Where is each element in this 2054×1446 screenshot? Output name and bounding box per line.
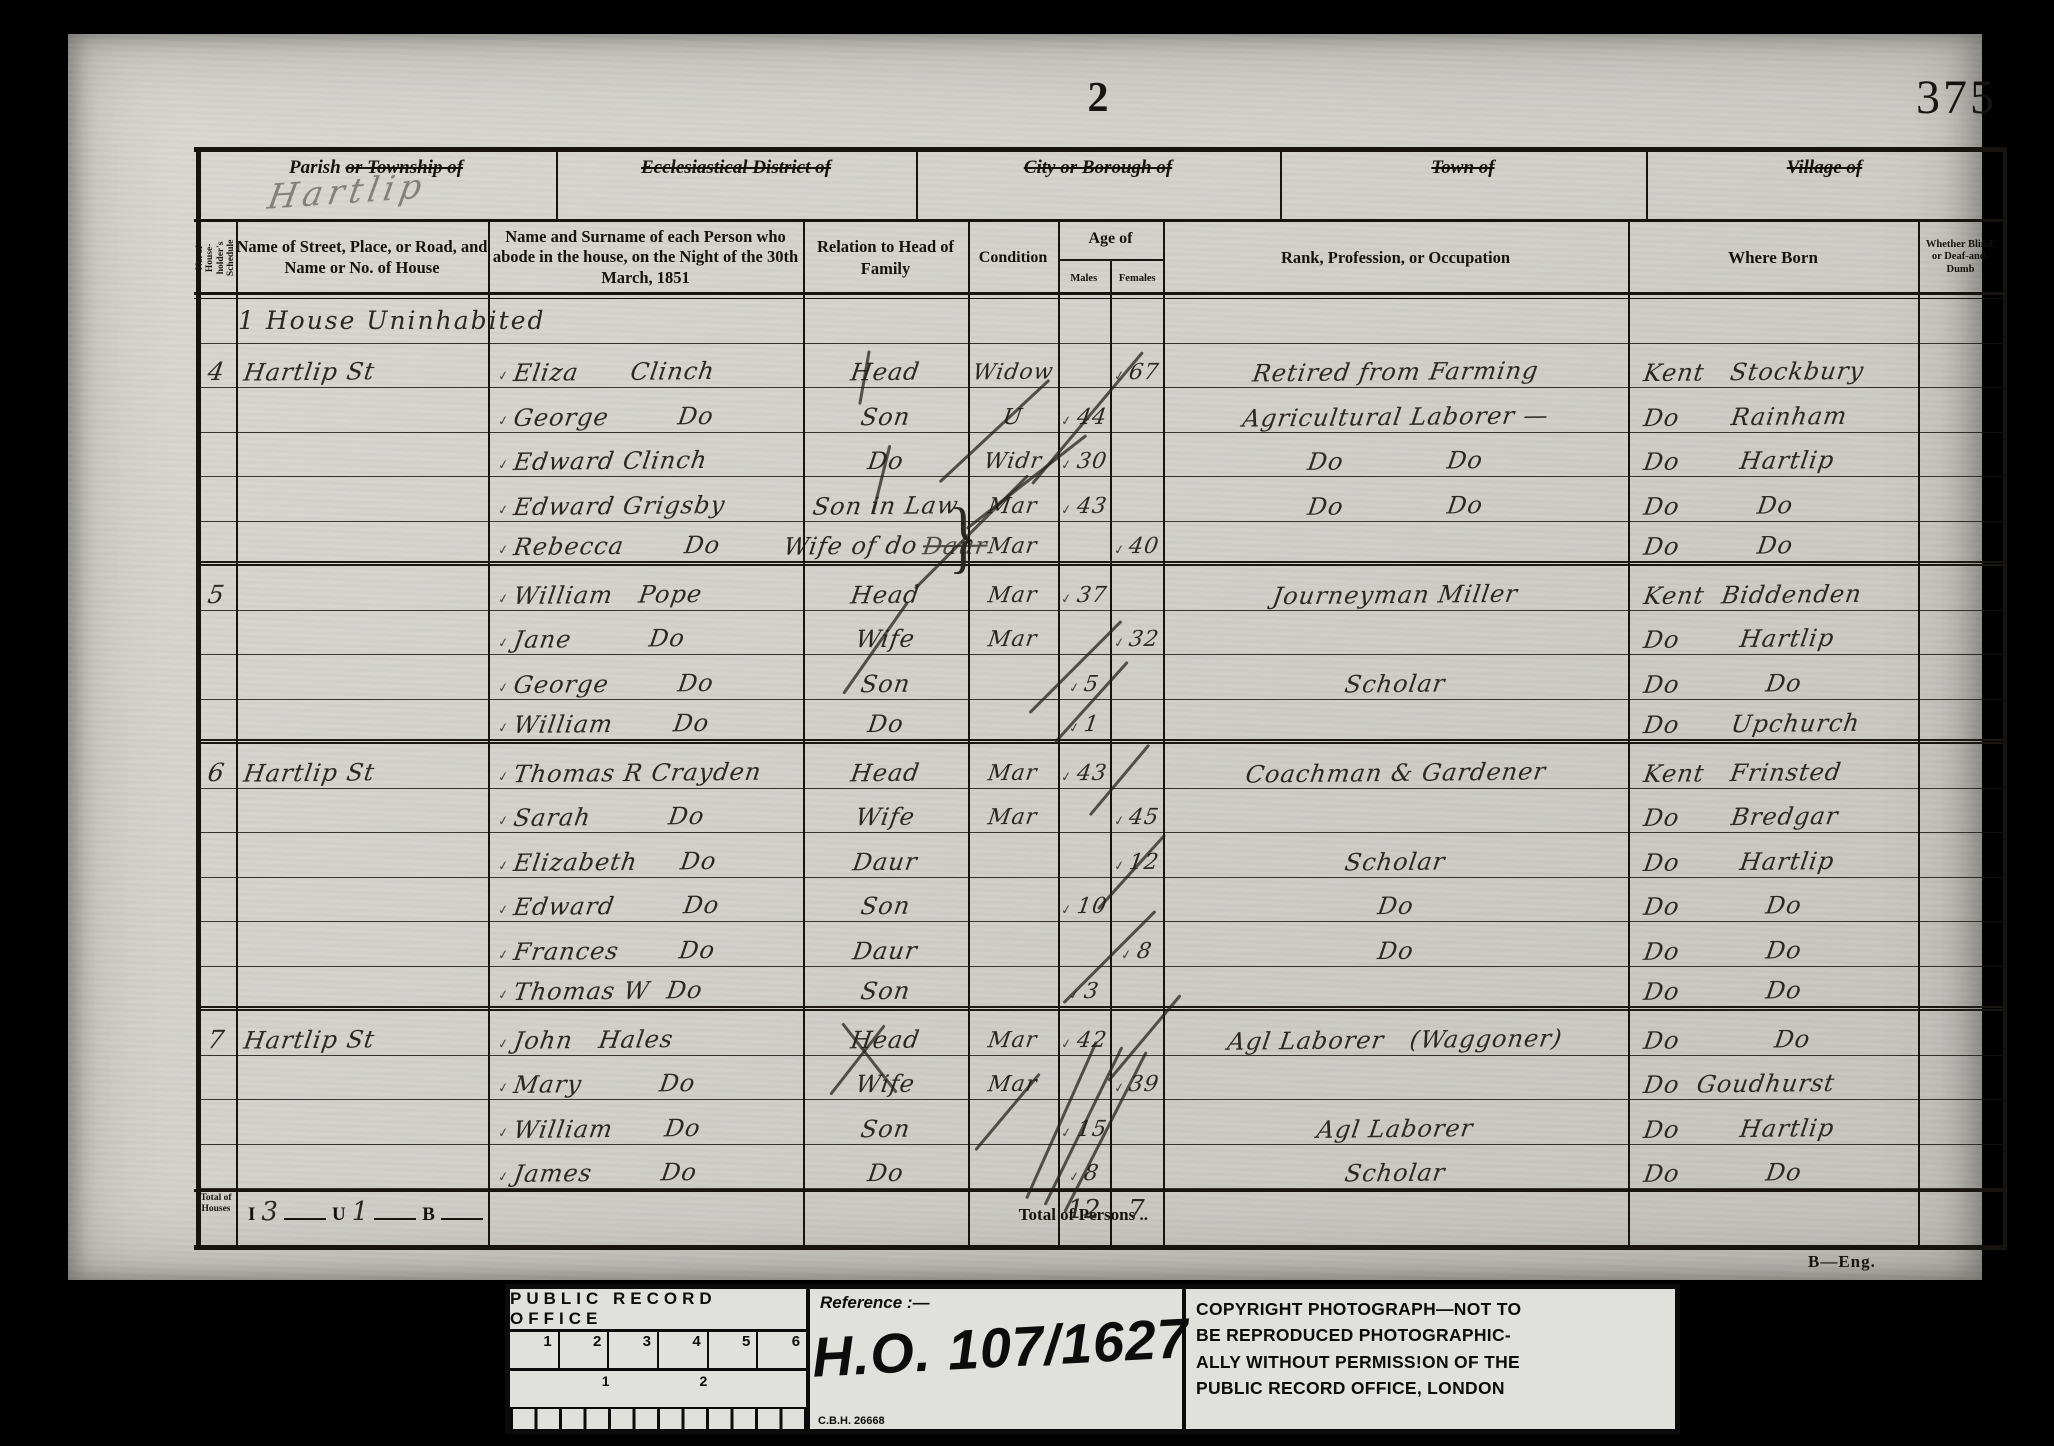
table-rule-vertical xyxy=(196,147,201,1245)
schedule-cell xyxy=(196,1056,236,1100)
relation-cell: Daur xyxy=(803,922,968,966)
census-photograph: 2 375 Parish or Township of Ecclesiastic… xyxy=(0,0,2054,1446)
age-of-label: Age of xyxy=(1058,219,1163,261)
age-females-cell xyxy=(1110,388,1163,432)
table-rule-horizontal xyxy=(194,1245,2007,1250)
name-cell: ✓John Hales xyxy=(488,1011,803,1055)
where-born-cell: Do Hartlip xyxy=(1628,833,1918,877)
table-row: ✓Rebecca DoWife of doDaurMar✓40Do Do xyxy=(196,522,2003,567)
table-row xyxy=(196,299,2003,344)
stamp-ruler-numbers: 123456 xyxy=(510,1332,806,1371)
street-cell xyxy=(236,433,488,477)
relation-cell: Wife of doDaur xyxy=(803,522,968,562)
schedule-cell: 5 xyxy=(196,566,236,610)
table-rule-vertical xyxy=(1280,147,1282,219)
condition-cell xyxy=(968,655,1058,699)
occupation-cell xyxy=(1163,700,1628,740)
condition-cell xyxy=(968,1145,1058,1189)
houses-inhabited-label: I xyxy=(248,1204,255,1226)
column-header-relation: Relation to Head of Family xyxy=(803,219,968,296)
name-cell: ✓William Pope xyxy=(488,566,803,610)
relation-cell: Son xyxy=(803,967,968,1007)
age-males-cell xyxy=(1058,344,1110,388)
street-cell: Hartlip St xyxy=(236,344,488,388)
street-cell xyxy=(236,388,488,432)
age-males-cell: ✓43 xyxy=(1058,744,1110,788)
relation-cell: Do xyxy=(803,700,968,740)
age-males-cell xyxy=(1058,833,1110,877)
street-cell xyxy=(236,1100,488,1144)
age-males-cell: ✓42 xyxy=(1058,1011,1110,1055)
name-cell: ✓George Do xyxy=(488,388,803,432)
relation-cell: Son xyxy=(803,388,968,432)
public-record-office-stamp: PUBLIC RECORD OFFICE 123456 1 2 Referenc… xyxy=(505,1284,1680,1434)
age-males-cell xyxy=(1058,922,1110,966)
reference-number: H.O. 107/1627 xyxy=(811,1305,1186,1389)
schedule-cell: 4 xyxy=(196,344,236,388)
table-row: ✓George DoSonU✓44Agricultural Laborer —D… xyxy=(196,388,2003,433)
table-rule-horizontal xyxy=(194,147,2007,152)
totals-row: Total of Houses I 3 U 1 B Total of Perso… xyxy=(196,1189,2003,1245)
name-cell: ✓Jane Do xyxy=(488,611,803,655)
where-born-cell: Do Goudhurst xyxy=(1628,1056,1918,1100)
copyright-line: PUBLIC RECORD OFFICE, LONDON xyxy=(1196,1375,1665,1401)
street-cell xyxy=(236,655,488,699)
age-females-cell: ✓39 xyxy=(1110,1056,1163,1100)
table-rule-vertical xyxy=(556,147,558,219)
village-header-cell: Village of xyxy=(1646,147,2003,219)
occupation-cell: Agricultural Laborer — xyxy=(1163,388,1628,432)
copyright-line: COPYRIGHT PHOTOGRAPH—NOT TO xyxy=(1196,1296,1665,1322)
table-rule-vertical xyxy=(236,219,238,1245)
total-persons-females: 7 xyxy=(1110,1195,1163,1225)
occupation-cell xyxy=(1163,522,1628,562)
where-born-cell: Do Do xyxy=(1628,1011,1918,1055)
street-cell xyxy=(236,878,488,922)
condition-cell: Mar xyxy=(968,566,1058,610)
name-cell: ✓William Do xyxy=(488,1100,803,1144)
age-females-cell xyxy=(1110,477,1163,521)
total-houses-values: I 3 U 1 B xyxy=(248,1197,483,1227)
table-row: ✓Edward DoSon✓10DoDo Do xyxy=(196,878,2003,923)
schedule-cell xyxy=(196,700,236,740)
stamp-copyright-section: COPYRIGHT PHOTOGRAPH—NOT TO BE REPRODUCE… xyxy=(1186,1289,1675,1429)
schedule-cell xyxy=(196,522,236,562)
where-born-cell: Do Do xyxy=(1628,477,1918,521)
houses-building-label: B xyxy=(422,1204,435,1226)
name-cell: ✓George Do xyxy=(488,655,803,699)
age-females-cell: ✓12 xyxy=(1110,833,1163,877)
age-males-cell xyxy=(1058,1056,1110,1100)
table-row: ✓Elizabeth DoDaur✓12ScholarDo Hartlip xyxy=(196,833,2003,878)
column-header-name: Name and Surname of each Person who abod… xyxy=(488,219,803,296)
table-row: 4Hartlip St✓Eliza ClinchHeadWidow✓67Reti… xyxy=(196,344,2003,389)
age-males-cell: ✓30 xyxy=(1058,433,1110,477)
table-row: 7Hartlip St✓John HalesHeadMar✓42Agl Labo… xyxy=(196,1011,2003,1056)
where-born-cell: Do Bredgar xyxy=(1628,789,1918,833)
table-rule-vertical xyxy=(1110,261,1112,1245)
relation-cell: Wife xyxy=(803,789,968,833)
houses-uninhabited-value: 1 xyxy=(352,1197,369,1227)
where-born-cell: Kent Stockbury xyxy=(1628,344,1918,388)
name-cell: ✓James Do xyxy=(488,1145,803,1189)
street-cell xyxy=(236,700,488,740)
schedule-cell xyxy=(196,833,236,877)
occupation-cell xyxy=(1163,1056,1628,1100)
where-born-cell: Do Hartlip xyxy=(1628,611,1918,655)
occupation-cell: Scholar xyxy=(1163,1145,1628,1189)
table-rule-vertical xyxy=(1628,219,1630,1245)
relation-cell: Head xyxy=(803,1011,968,1055)
stamp-ruler-section: PUBLIC RECORD OFFICE 123456 1 2 xyxy=(510,1289,810,1429)
name-cell: ✓Sarah Do xyxy=(488,789,803,833)
occupation-cell: Agl Laborer (Waggoner) xyxy=(1163,1011,1628,1055)
schedule-cell xyxy=(196,1100,236,1144)
schedule-cell xyxy=(196,388,236,432)
occupation-cell: Do Do xyxy=(1163,433,1628,477)
age-females-cell: ✓45 xyxy=(1110,789,1163,833)
table-row: ✓Jane DoWifeMar✓32Do Hartlip xyxy=(196,611,2003,656)
occupation-cell xyxy=(1163,789,1628,833)
reference-label: Reference :— xyxy=(820,1293,930,1313)
town-header-cell: Town of xyxy=(1280,147,1646,219)
where-born-cell: Kent Biddenden xyxy=(1628,566,1918,610)
houses-uninhabited-label: U xyxy=(332,1204,346,1226)
age-males-cell xyxy=(1058,522,1110,562)
relation-cell: Son xyxy=(803,1100,968,1144)
condition-cell: Mar xyxy=(968,611,1058,655)
age-males-cell xyxy=(1058,611,1110,655)
age-males-cell: ✓37 xyxy=(1058,566,1110,610)
street-cell xyxy=(236,611,488,655)
stamp-reference-section: Reference :— H.O. 107/1627 C.B.H. 26668 xyxy=(810,1289,1186,1429)
age-females-cell xyxy=(1110,700,1163,740)
total-houses-label: Total of Houses xyxy=(196,1193,236,1215)
condition-cell: U xyxy=(968,388,1058,432)
age-males-cell: ✓44 xyxy=(1058,388,1110,432)
schedule-cell xyxy=(196,611,236,655)
relation-cell: Head xyxy=(803,344,968,388)
table-rule-vertical xyxy=(803,219,805,1245)
street-cell xyxy=(236,1145,488,1189)
condition-cell: Mar xyxy=(968,522,1058,562)
copyright-line: BE REPRODUCED PHOTOGRAPHIC- xyxy=(1196,1322,1665,1348)
table-row: ✓Edward ClinchDoWidr✓30Do DoDo Hartlip xyxy=(196,433,2003,478)
schedule-cell: 7 xyxy=(196,1011,236,1055)
table-row: ✓Edward GrigsbySon in LawMar✓43Do DoDo D… xyxy=(196,477,2003,522)
age-males-cell: ✓43 xyxy=(1058,477,1110,521)
name-cell: ✓Thomas W Do xyxy=(488,967,803,1007)
occupation-cell: Do xyxy=(1163,878,1628,922)
page-number: 2 xyxy=(1066,74,1130,122)
column-header-where-born: Where Born xyxy=(1628,219,1918,296)
occupation-cell xyxy=(1163,967,1628,1007)
stamp-office-title: PUBLIC RECORD OFFICE xyxy=(510,1289,806,1332)
street-cell: Hartlip St xyxy=(236,744,488,788)
street-cell xyxy=(236,522,488,562)
where-born-cell: Do Rainham xyxy=(1628,388,1918,432)
schedule-cell: 6 xyxy=(196,744,236,788)
condition-cell xyxy=(968,833,1058,877)
street-cell xyxy=(236,833,488,877)
copyright-line: ALLY WITHOUT PERMISS!ON OF THE xyxy=(1196,1349,1665,1375)
name-cell: ✓Mary Do xyxy=(488,1056,803,1100)
ecclesiastical-district-header-cell: Ecclesiastical District of xyxy=(556,147,916,219)
street-cell xyxy=(236,789,488,833)
table-rule-horizontal xyxy=(194,292,2007,295)
table-rule-horizontal xyxy=(194,219,2007,222)
cbh-number: C.B.H. 26668 xyxy=(818,1415,885,1427)
males-label: Males xyxy=(1058,261,1110,296)
column-header-street: Name of Street, Place, or Road, and Name… xyxy=(236,219,488,296)
name-cell: ✓Edward Do xyxy=(488,878,803,922)
table-row: ✓Sarah DoWifeMar✓45Do Bredgar xyxy=(196,789,2003,834)
schedule-cell xyxy=(196,878,236,922)
females-label: Females xyxy=(1110,261,1164,296)
table-row: ✓James DoDo✓8ScholarDo Do xyxy=(196,1145,2003,1190)
schedule-cell xyxy=(196,477,236,521)
street-cell xyxy=(236,922,488,966)
where-born-cell: Do Do xyxy=(1628,922,1918,966)
schedule-cell xyxy=(196,789,236,833)
table-row: ✓Thomas W DoSon✓3Do Do xyxy=(196,967,2003,1012)
table-row: ✓William DoDo✓1Do Upchurch xyxy=(196,700,2003,745)
street-cell xyxy=(236,1056,488,1100)
name-cell: ✓Elizabeth Do xyxy=(488,833,803,877)
table-rule-vertical xyxy=(916,147,918,219)
folio-number: 375 xyxy=(1916,70,2026,125)
b-eng-note: B—Eng. xyxy=(1808,1252,1876,1272)
condition-cell xyxy=(968,878,1058,922)
table-rule-vertical xyxy=(1163,219,1165,1245)
schedule-cell xyxy=(196,922,236,966)
age-males-cell: ✓8 xyxy=(1058,1145,1110,1189)
relation-cell: Son xyxy=(803,878,968,922)
age-males-cell: ✓10 xyxy=(1058,878,1110,922)
age-males-cell: ✓1 xyxy=(1058,700,1110,740)
city-borough-header-cell: City or Borough of xyxy=(916,147,1280,219)
occupation-cell: Scholar xyxy=(1163,833,1628,877)
table-rule-vertical xyxy=(488,219,490,1245)
column-header-condition: Condition xyxy=(968,219,1058,296)
occupation-cell xyxy=(1163,611,1628,655)
age-females-cell xyxy=(1110,1145,1163,1189)
occupation-cell: Do xyxy=(1163,922,1628,966)
occupation-cell: Coachman & Gardener xyxy=(1163,744,1628,788)
condition-cell xyxy=(968,967,1058,1007)
column-header-occupation: Rank, Profession, or Occupation xyxy=(1163,219,1628,296)
relation-cell: Head xyxy=(803,566,968,610)
occupation-cell: Agl Laborer xyxy=(1163,1100,1628,1144)
relation-cell: Son in Law xyxy=(803,477,968,521)
schedule-cell xyxy=(196,655,236,699)
ruler-ticks xyxy=(510,1409,806,1429)
relation-cell: Do xyxy=(803,1145,968,1189)
where-born-cell: Do Upchurch xyxy=(1628,700,1918,740)
where-born-cell: Do Do xyxy=(1628,878,1918,922)
census-page: 2 375 Parish or Township of Ecclesiastic… xyxy=(68,34,1982,1280)
table-rule-vertical xyxy=(1646,147,1648,219)
schedule-cell xyxy=(196,433,236,477)
condition-cell: Mar xyxy=(968,1056,1058,1100)
age-females-cell xyxy=(1110,655,1163,699)
where-born-cell: Do Do xyxy=(1628,1145,1918,1189)
age-females-cell xyxy=(1110,967,1163,1007)
table-rule-vertical xyxy=(968,219,970,1245)
schedule-cell xyxy=(196,967,236,1007)
condition-cell: Mar xyxy=(968,1011,1058,1055)
table-rule-horizontal xyxy=(194,1189,2007,1192)
where-born-cell: Do Hartlip xyxy=(1628,1100,1918,1144)
occupation-cell: Journeyman Miller xyxy=(1163,566,1628,610)
where-born-cell: Do Do xyxy=(1628,967,1918,1007)
age-females-cell xyxy=(1110,433,1163,477)
where-born-cell: Do Do xyxy=(1628,522,1918,562)
relation-cell: Daur xyxy=(803,833,968,877)
condition-cell xyxy=(968,700,1058,740)
column-header-schedule: No. of House-holder's Schedule xyxy=(196,219,236,296)
where-born-cell: Do Do xyxy=(1628,655,1918,699)
condition-cell: Mar xyxy=(968,789,1058,833)
condition-cell: Mar xyxy=(968,744,1058,788)
name-cell: ✓Eliza Clinch xyxy=(488,344,803,388)
street-cell xyxy=(236,566,488,610)
name-cell: ✓Edward Clinch xyxy=(488,433,803,477)
table-row: ✓Frances DoDaur✓8DoDo Do xyxy=(196,922,2003,967)
occupation-cell: Do Do xyxy=(1163,477,1628,521)
age-females-cell: ✓32 xyxy=(1110,611,1163,655)
table-rule-vertical xyxy=(2003,147,2007,1245)
stamp-ruler-scale: 1 2 xyxy=(510,1371,806,1429)
age-females-cell: ✓40 xyxy=(1110,522,1163,562)
occupation-cell: Retired from Farming xyxy=(1163,344,1628,388)
age-females-cell xyxy=(1110,566,1163,610)
street-cell xyxy=(236,477,488,521)
condition-cell xyxy=(968,922,1058,966)
table-rule-horizontal xyxy=(194,298,2007,300)
where-born-cell: Do Hartlip xyxy=(1628,433,1918,477)
relation-cell: Head xyxy=(803,744,968,788)
name-cell: ✓Thomas R Crayden xyxy=(488,744,803,788)
table-rule-vertical xyxy=(1918,219,1920,1245)
age-males-cell xyxy=(1058,789,1110,833)
street-cell xyxy=(236,967,488,1007)
name-cell: ✓Frances Do xyxy=(488,922,803,966)
column-header-blind-deaf: Whether Blind, or Deaf-and-Dumb xyxy=(1918,219,2003,296)
name-cell: ✓Rebecca Do xyxy=(488,522,803,562)
name-cell: ✓William Do xyxy=(488,700,803,740)
houses-inhabited-value: 3 xyxy=(261,1197,278,1227)
table-rule-vertical xyxy=(1058,219,1060,1245)
schedule-cell xyxy=(196,1145,236,1189)
relation-cell: Son xyxy=(803,655,968,699)
table-row: 6Hartlip St✓Thomas R CraydenHeadMar✓43Co… xyxy=(196,744,2003,789)
occupation-cell: Scholar xyxy=(1163,655,1628,699)
table-row: 5✓William PopeHeadMar✓37Journeyman Mille… xyxy=(196,566,2003,611)
where-born-cell: Kent Frinsted xyxy=(1628,744,1918,788)
street-cell: Hartlip St xyxy=(236,1011,488,1055)
name-cell: ✓Edward Grigsby xyxy=(488,477,803,521)
